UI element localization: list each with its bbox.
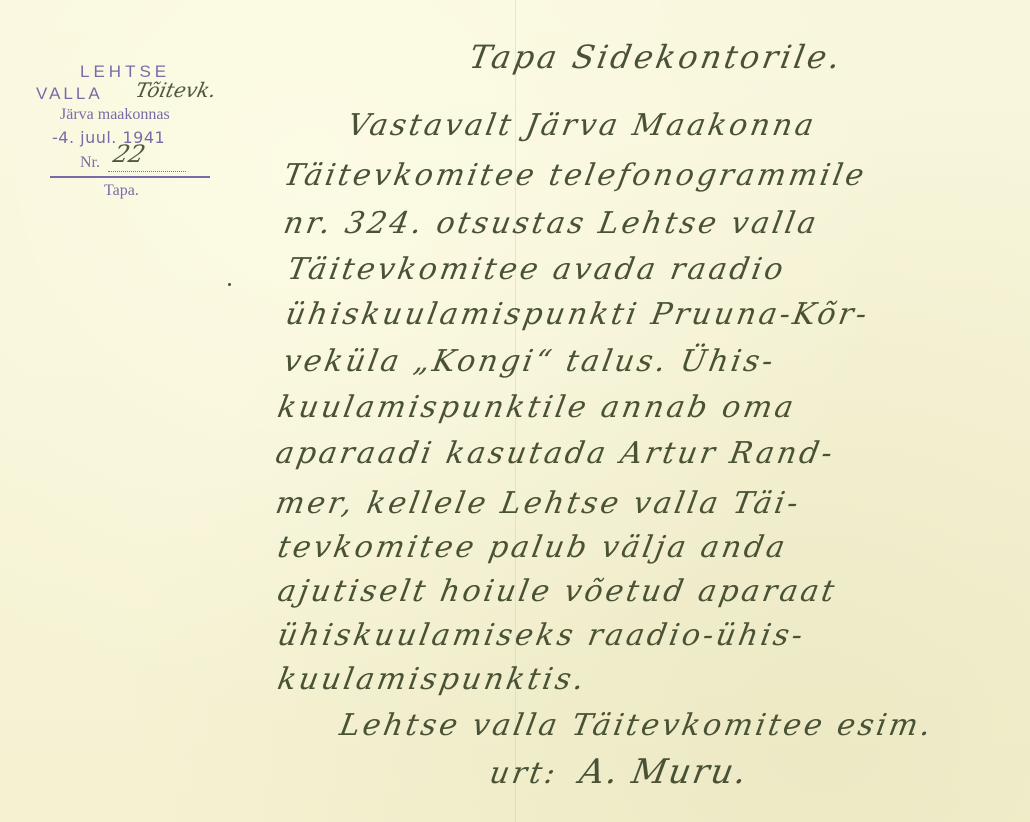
letter-line: nr. 324. otsustas Lehtse valla — [281, 206, 822, 241]
signature-prefix: urt: — [487, 756, 561, 791]
letter-line: tevkomitee palub välja anda — [275, 530, 791, 565]
letter-line: aparaadi kasutada Artur Rand- — [273, 436, 838, 471]
letter-line: Täitevkomitee telefonogrammile — [281, 158, 869, 193]
handwritten-letter: Tapa Sidekontorile. Vastavalt Järva Maak… — [0, 0, 1030, 822]
letter-closing: Lehtse valla Täitevkomitee esim. — [337, 708, 936, 743]
letter-line: mer, kellele Lehtse valla Täi- — [273, 486, 804, 521]
letter-line: ühiskuulamiseks raadio-ühis- — [275, 618, 808, 653]
letter-line: Vastavalt Järva Maakonna — [345, 108, 819, 143]
letter-addressee: Tapa Sidekontorile. — [467, 38, 846, 76]
letter-line: Täitevkomitee avada raadio — [285, 252, 789, 287]
signature: A. Muru. — [576, 752, 751, 792]
letter-line: ajutiselt hoiule võetud aparaat — [275, 574, 840, 609]
ink-speck — [228, 283, 231, 286]
letter-line: kuulamispunktis. — [275, 662, 590, 697]
letter-line: ühiskuulamispunkti Pruuna-Kõr- — [283, 297, 872, 332]
letter-line: kuulamispunktile annab oma — [275, 390, 799, 425]
letter-line: veküla „Kongi“ talus. Ühis- — [281, 344, 779, 379]
